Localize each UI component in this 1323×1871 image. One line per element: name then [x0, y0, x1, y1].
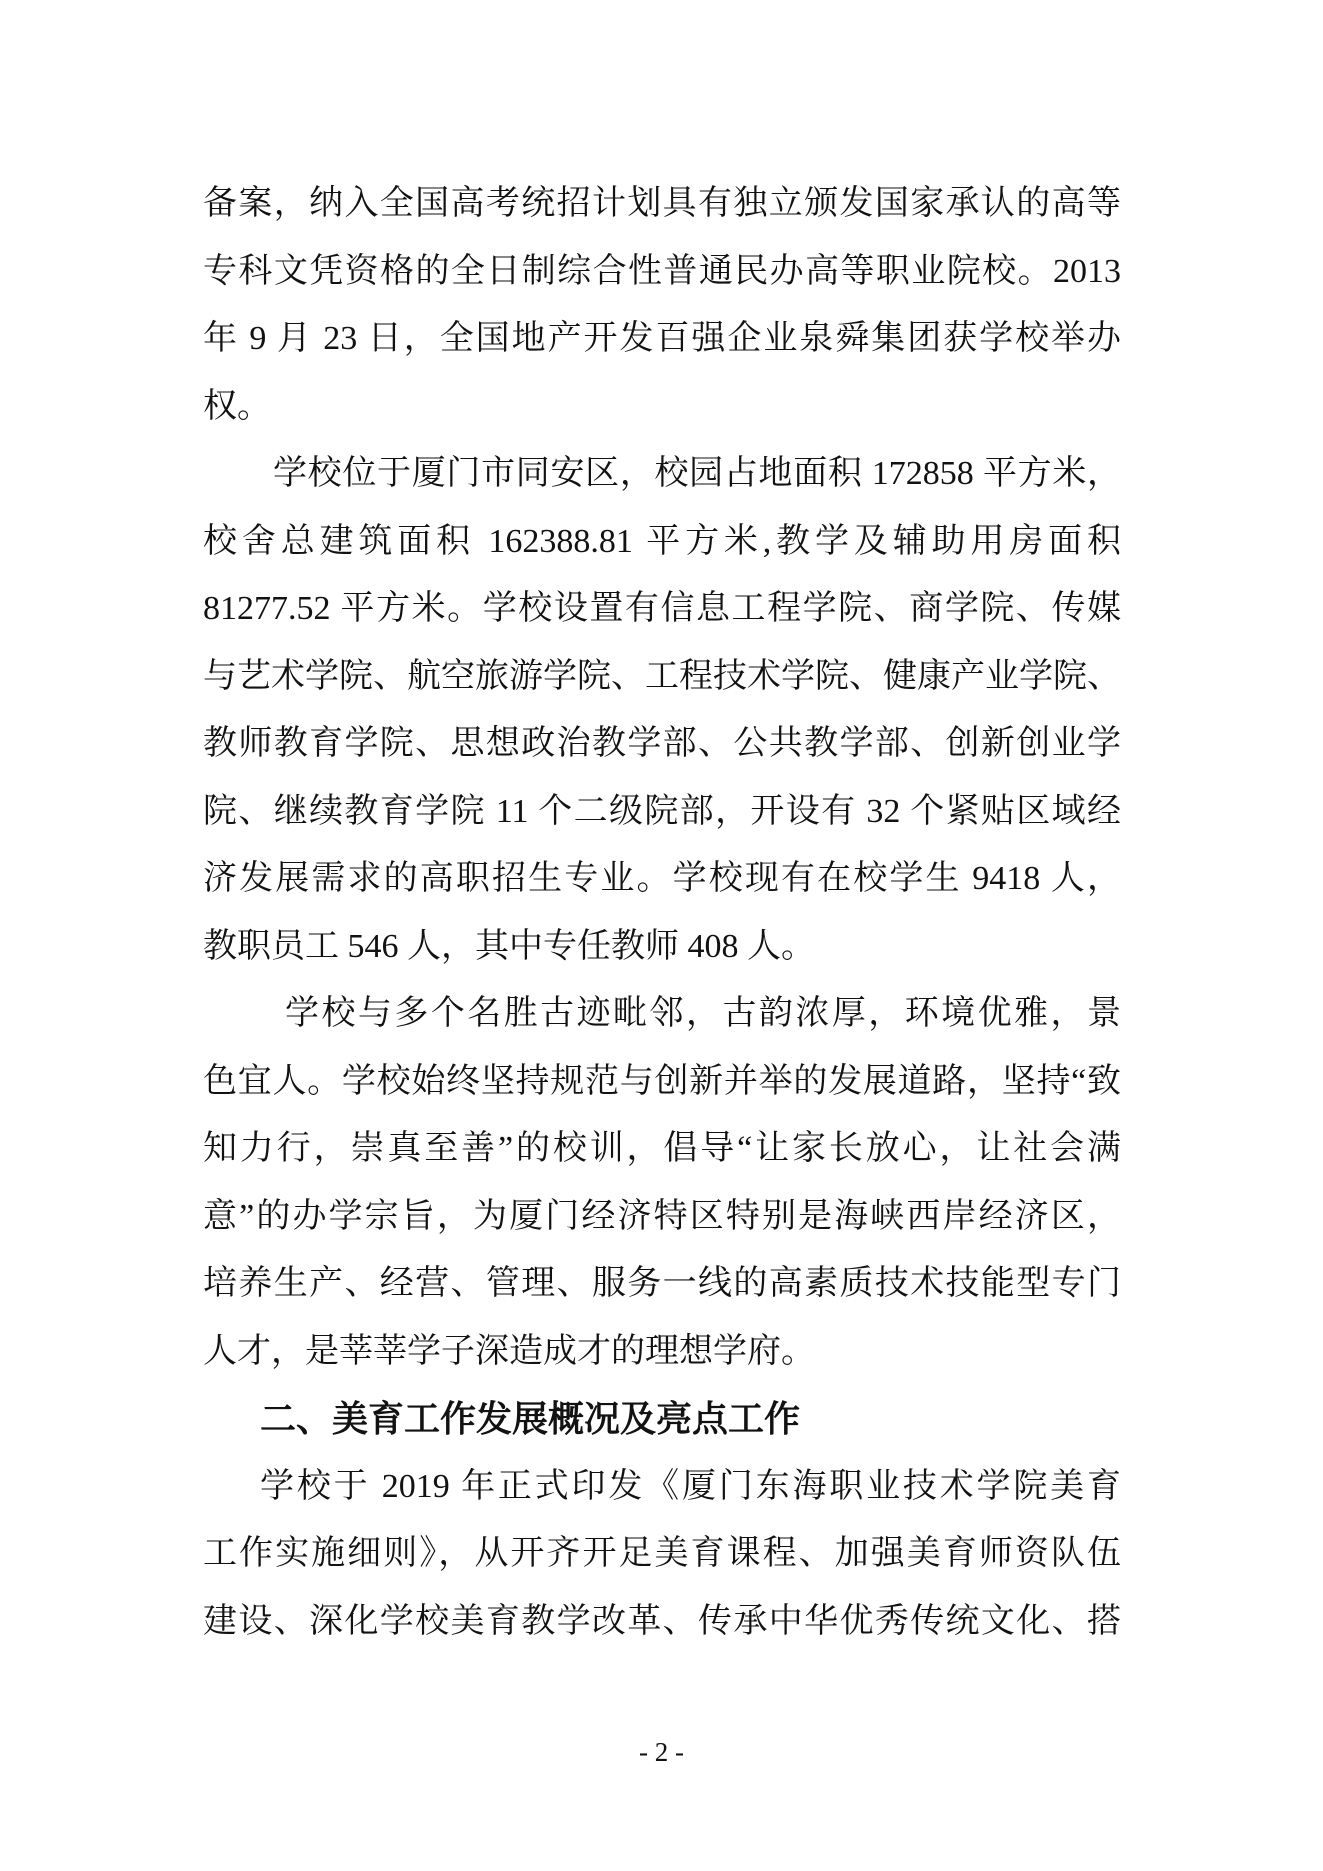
text-line: 济发展需求的高职招生专业。学校现有在校学生 9418 人，	[203, 845, 1121, 913]
document-content: 备案，纳入全国高考统招计划具有独立颁发国家承认的高等 专科文凭资格的全日制综合性…	[203, 170, 1121, 1655]
text-line: 学校于 2019 年正式印发《厦门东海职业技术学院美育	[203, 1453, 1121, 1521]
text-line: 知力行，崇真至善”的校训，倡导“让家长放心，让社会满	[203, 1115, 1121, 1183]
text-line: 院、继续教育学院 11 个二级院部，开设有 32 个紧贴区域经	[203, 778, 1121, 846]
section-heading-text: 二、美育工作发展概况及亮点工作	[203, 1385, 1121, 1453]
text-line: 校舍总建筑面积 162388.81 平方米,教学及辅助用房面积	[203, 508, 1121, 576]
paragraph-2: 学校位于厦门市同安区，校园占地面积 172858 平方米， 校舍总建筑面积 16…	[203, 440, 1121, 980]
document-page: 备案，纳入全国高考统招计划具有独立颁发国家承认的高等 专科文凭资格的全日制综合性…	[0, 0, 1323, 1871]
paragraph-1: 备案，纳入全国高考统招计划具有独立颁发国家承认的高等 专科文凭资格的全日制综合性…	[203, 170, 1121, 440]
text-line: 培养生产、经营、管理、服务一线的高素质技术技能型专门	[203, 1250, 1121, 1318]
text-line: 意”的办学宗旨，为厦门经济特区特别是海峡西岸经济区，	[203, 1183, 1121, 1251]
paragraph-4: 学校于 2019 年正式印发《厦门东海职业技术学院美育 工作实施细则》，从开齐开…	[203, 1453, 1121, 1656]
text-line: 备案，纳入全国高考统招计划具有独立颁发国家承认的高等	[203, 170, 1121, 238]
text-line: 人才，是莘莘学子深造成才的理想学府。	[203, 1318, 1121, 1386]
text-line: 学校与多个名胜古迹毗邻，古韵浓厚，环境优雅，景	[203, 980, 1121, 1048]
text-line: 年 9 月 23 日，全国地产开发百强企业泉舜集团获学校举办	[203, 305, 1121, 373]
text-line: 81277.52 平方米。学校设置有信息工程学院、商学院、传媒	[203, 575, 1121, 643]
text-line: 教职员工 546 人，其中专任教师 408 人。	[203, 913, 1121, 981]
text-line: 与艺术学院、航空旅游学院、工程技术学院、健康产业学院、	[203, 643, 1121, 711]
text-line: 色宜人。学校始终坚持规范与创新并举的发展道路，坚持“致	[203, 1048, 1121, 1116]
text-line: 工作实施细则》，从开齐开足美育课程、加强美育师资队伍	[203, 1520, 1121, 1588]
text-line: 权。	[203, 373, 1121, 441]
paragraph-3: 学校与多个名胜古迹毗邻，古韵浓厚，环境优雅，景 色宜人。学校始终坚持规范与创新并…	[203, 980, 1121, 1385]
text-line: 专科文凭资格的全日制综合性普通民办高等职业院校。2013	[203, 238, 1121, 306]
text-line: 学校位于厦门市同安区，校园占地面积 172858 平方米，	[203, 440, 1121, 508]
section-heading-2: 二、美育工作发展概况及亮点工作	[203, 1385, 1121, 1453]
text-line: 教师教育学院、思想政治教学部、公共教学部、创新创业学	[203, 710, 1121, 778]
text-line: 建设、深化学校美育教学改革、传承中华优秀传统文化、搭	[203, 1588, 1121, 1656]
page-number: - 2 -	[0, 1736, 1323, 1768]
